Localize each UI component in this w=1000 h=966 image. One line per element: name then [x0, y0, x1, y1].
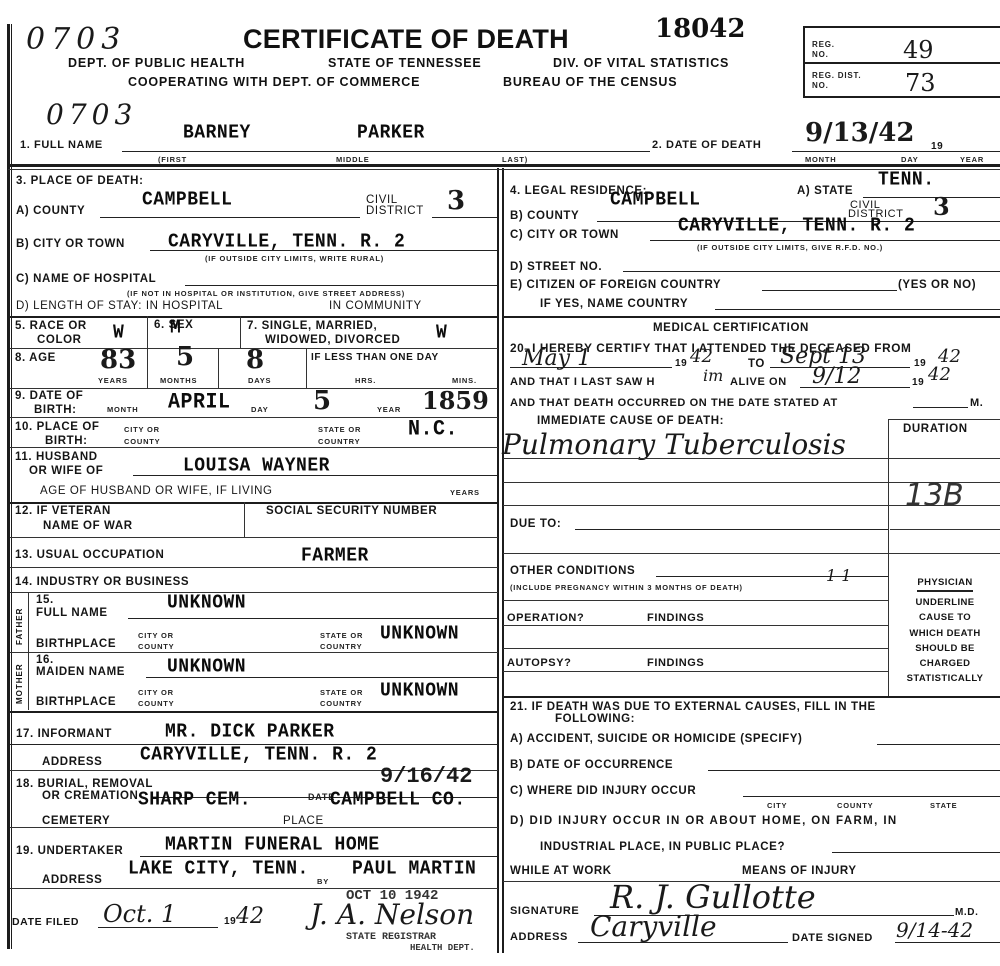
full-name-last: PARKER	[357, 122, 425, 144]
file-number-top: 0703	[26, 22, 126, 57]
residence-street-line	[623, 271, 1000, 272]
residence-county-label: B) COUNTY	[510, 210, 579, 222]
place-value: CAMPBELL CO.	[330, 789, 466, 811]
residence-city-line	[650, 240, 1000, 241]
autopsy-label: AUTOPSY?	[507, 657, 572, 669]
to-label: TO	[748, 358, 765, 370]
occurred-line	[913, 407, 968, 408]
residence-city-note: (IF OUTSIDE CITY LIMITS, GIVE R.F.D. NO.…	[697, 243, 883, 252]
autopsy-findings-label: FINDINGS	[647, 657, 704, 669]
mother-num: 16.	[36, 654, 54, 666]
burial-label: 18. BURIAL, REMOVALOR CREMATION	[16, 778, 153, 802]
cause-line-7	[503, 648, 889, 649]
father-name-line	[128, 618, 497, 619]
date-of-death-value: 9/13/42	[805, 118, 914, 148]
date-signed-line	[895, 942, 1000, 943]
sub-first: (FIRST	[158, 155, 187, 164]
informant-address-value: CARYVILLE, TENN. R. 2	[140, 744, 377, 766]
injury-county-sub: COUNTY	[837, 801, 873, 810]
years-label: YEARS	[98, 376, 128, 385]
div-vital-statistics: DIV. OF VITAL STATISTICS	[553, 56, 729, 70]
signature-address-label: ADDRESS	[510, 931, 568, 943]
cause-line-1	[503, 458, 1000, 459]
father-name-value: UNKNOWN	[167, 592, 246, 614]
residence-state-value: TENN.	[878, 169, 935, 191]
father-city-label: CITY ORCOUNTY	[138, 630, 174, 652]
signature-address-value: Caryville	[590, 910, 717, 943]
file-number-second: 0703	[46, 98, 137, 131]
occurrence-date-line	[708, 770, 1000, 771]
rule-after-10	[10, 447, 498, 448]
last-saw-label: AND THAT I LAST SAW H	[510, 376, 655, 388]
city-note: (IF OUTSIDE CITY LIMITS, WRITE RURAL)	[205, 254, 384, 263]
district-line	[432, 217, 497, 218]
dob-month-label: MONTH	[107, 405, 139, 414]
accident-line	[877, 744, 1000, 745]
cooperating-text: COOPERATING WITH DEPT. OF COMMERCE	[128, 75, 420, 89]
alive-on-label: ALIVE ON	[730, 376, 787, 388]
due-to-line	[575, 529, 888, 530]
age-label: 8. AGE	[15, 352, 56, 364]
spouse-age-label: AGE OF HUSBAND OR WIFE, IF LIVING	[40, 485, 273, 497]
hospital-label: C) NAME OF HOSPITAL	[16, 273, 156, 285]
hospital-line	[185, 285, 497, 286]
date-filed-year: 42	[236, 904, 264, 929]
occupation-value: FARMER	[301, 545, 369, 567]
place-of-birth-label: 10. PLACE OFBIRTH:	[15, 420, 100, 448]
pob-city-label: CITY ORCOUNTY	[124, 424, 160, 448]
length-of-stay-label: D) LENGTH OF STAY: IN HOSPITAL	[16, 300, 223, 312]
father-side-label: FATHER	[15, 608, 24, 645]
date-filed-value: Oct. 1	[103, 900, 176, 928]
mother-side-label: MOTHER	[15, 663, 24, 704]
spouse-years-label: YEARS	[450, 488, 480, 497]
age-years: 83	[100, 345, 136, 375]
reg-dist-label: REG. DIST.NO.	[812, 71, 861, 91]
country-label: IF YES, NAME COUNTRY	[540, 298, 688, 310]
injury-place-line	[832, 852, 1000, 853]
sub-day: DAY	[901, 155, 919, 164]
cause-label: IMMEDIATE CAUSE OF DEATH:	[537, 415, 724, 427]
father-state-label: STATE ORCOUNTRY	[320, 630, 363, 652]
ssn-label: SOCIAL SECURITY NUMBER	[266, 505, 437, 517]
page-title: CERTIFICATE OF DEATH	[243, 24, 569, 55]
other-conditions-mark: 1 1	[826, 566, 851, 585]
age-days: 8	[246, 345, 264, 375]
rule-after-medical	[503, 696, 1000, 698]
undertaker-address-label: ADDRESS	[42, 874, 102, 886]
undertaker-by-value: PAUL MARTIN	[352, 858, 476, 880]
less-than-day-label: IF LESS THAN ONE DAY	[311, 352, 439, 363]
physician-note-title: PHYSICIAN	[917, 576, 972, 592]
date-of-death-19: 19	[931, 141, 943, 152]
cemetery-label: CEMETERY	[42, 815, 110, 827]
reg-no-value: 49	[903, 36, 934, 64]
attended-from-value: May 1	[522, 346, 591, 371]
health-dept-label: HEALTH DEPT.	[410, 943, 475, 953]
left-border-inner	[11, 24, 12, 949]
marital-label: 7. SINGLE, MARRIED,WIDOWED, DIVORCED	[247, 319, 400, 347]
days-label: DAYS	[248, 376, 271, 385]
dob-month-value: APRIL	[168, 390, 231, 415]
hospital-note: (IF NOT IN HOSPITAL OR INSTITUTION, GIVE…	[127, 289, 405, 298]
occurred-label: AND THAT DEATH OCCURRED ON THE DATE STAT…	[510, 397, 838, 409]
duration-divider	[888, 420, 889, 697]
injury-state-sub: STATE	[930, 801, 957, 810]
signature-label: SIGNATURE	[510, 905, 579, 917]
residence-city-value: CARYVILLE, TENN. R. 2	[678, 215, 915, 237]
citizen-line	[762, 290, 897, 291]
date-filed-label: DATE FILED	[12, 916, 79, 928]
last-saw-value: 9/12	[812, 364, 861, 389]
attended-from-year: 42	[690, 346, 713, 367]
registrar-signature: J. A. Nelson	[310, 898, 474, 931]
burial-date-value: 9/16/42	[380, 764, 472, 789]
date-of-death-line	[792, 151, 1000, 152]
county-label: A) COUNTY	[16, 205, 85, 217]
external-causes-label: 21. IF DEATH WAS DUE TO EXTERNAL CAUSES,…	[510, 701, 876, 725]
country-line	[715, 309, 1000, 310]
citizen-label: E) CITIZEN OF FOREIGN COUNTRY	[510, 279, 721, 291]
undertaker-line	[140, 856, 497, 857]
veteran-label: 12. IF VETERANNAME OF WAR	[15, 504, 133, 534]
divider-veteran-ssn	[244, 502, 245, 537]
dob-year-label: YEAR	[377, 405, 401, 414]
date-signed-label: DATE SIGNED	[792, 932, 873, 944]
months-label: MONTHS	[160, 376, 197, 385]
divider-6-7	[240, 316, 241, 348]
date-signed-value: 9/14-42	[896, 918, 973, 942]
father-name-label: FULL NAME	[36, 607, 108, 619]
father-num: 15.	[36, 594, 54, 606]
full-name-line	[122, 151, 650, 152]
operation-line	[503, 625, 889, 626]
left-border	[7, 24, 10, 949]
race-label: 5. RACE ORCOLOR	[15, 319, 87, 347]
other-conditions-line	[656, 576, 888, 577]
rule-after-14	[10, 592, 498, 593]
mother-city-label: CITY ORCOUNTY	[138, 687, 174, 709]
age-months: 5	[176, 342, 194, 372]
dob-day-value: 5	[313, 386, 331, 416]
registrar-title: STATE REGISTRAR	[346, 932, 436, 943]
header-bottom-rule	[8, 164, 1000, 167]
regbox-divider	[803, 62, 1000, 64]
district-value: 3	[447, 186, 465, 216]
residence-city-label: C) CITY OR TOWN	[510, 229, 619, 241]
nineteen-3: 19	[912, 377, 924, 388]
mother-birthplace-label: BIRTHPLACE	[36, 696, 116, 708]
nineteen-2: 19	[914, 358, 926, 369]
state-of-tennessee: STATE OF TENNESSEE	[328, 56, 482, 70]
physician-note: PHYSICIAN UNDERLINE CAUSE TO WHICH DEATH…	[890, 574, 1000, 685]
residence-street-label: D) STREET NO.	[510, 261, 602, 273]
rule-after-12	[10, 537, 498, 538]
divider-5-6	[147, 316, 148, 388]
full-name-label: 1. FULL NAME	[20, 139, 103, 151]
certificate-number: 18042	[655, 14, 745, 44]
length-of-stay-community: IN COMMUNITY	[329, 300, 422, 312]
hrs-label: HRS.	[355, 376, 376, 385]
injury-where-label: C) WHERE DID INJURY OCCUR	[510, 785, 696, 797]
nineteen-1: 19	[675, 358, 687, 369]
pob-state-label: STATE ORCOUNTRY	[318, 424, 361, 448]
citizen-note: (YES OR NO)	[898, 279, 976, 291]
informant-value: MR. DICK PARKER	[165, 721, 335, 743]
injury-place-label-2: INDUSTRIAL PLACE, IN PUBLIC PLACE?	[540, 841, 785, 853]
informant-label: 17. INFORMANT	[16, 728, 112, 740]
rule-after-3	[10, 316, 498, 318]
dob-label: 9. DATE OFBIRTH:	[15, 389, 83, 417]
cause-line-4	[890, 529, 1000, 530]
sub-year: YEAR	[960, 155, 984, 164]
means-of-injury-label: MEANS OF INJURY	[742, 865, 857, 877]
city-label: B) CITY OR TOWN	[16, 238, 125, 250]
injury-city-sub: CITY	[767, 801, 787, 810]
pronoun-value: im	[703, 366, 723, 385]
dob-year-value: 1859	[422, 386, 489, 415]
parent-side-divider	[28, 592, 29, 710]
undertaker-value: MARTIN FUNERAL HOME	[165, 834, 380, 856]
accident-label: A) ACCIDENT, SUICIDE OR HOMICIDE (SPECIF…	[510, 733, 802, 745]
reg-dist-value: 73	[905, 69, 936, 97]
divider-months-days	[218, 348, 219, 388]
cause-line-6	[503, 600, 889, 601]
rule-after-13	[10, 567, 498, 568]
reg-no-label: REG.NO.	[812, 40, 835, 60]
occupation-label: 13. USUAL OCCUPATION	[15, 549, 164, 561]
city-value: CARYVILLE, TENN. R. 2	[168, 231, 405, 253]
injury-place-label-1: D) DID INJURY OCCUR IN OR ABOUT HOME, ON…	[510, 815, 898, 827]
medical-heading: MEDICAL CERTIFICATION	[653, 322, 809, 334]
informant-address-label: ADDRESS	[42, 756, 102, 768]
sub-last: LAST)	[502, 155, 528, 164]
rule-after-4	[503, 316, 1000, 318]
dept-public-health: DEPT. OF PUBLIC HEALTH	[68, 56, 245, 70]
due-to-label: DUE TO:	[510, 518, 561, 530]
duration-top	[888, 419, 1000, 420]
classification-code: 13B	[905, 478, 964, 513]
spouse-value: LOUISA WAYNER	[183, 455, 330, 477]
center-divider	[497, 168, 499, 953]
father-state-value: UNKNOWN	[380, 623, 459, 645]
cemetery-value: SHARP CEM.	[138, 789, 251, 811]
mother-state-value: UNKNOWN	[380, 680, 459, 702]
center-divider-inner	[502, 168, 504, 953]
race-value: W	[113, 322, 124, 344]
residence-county-value: CAMPBELL	[610, 189, 700, 211]
md-label: M.D.	[955, 907, 979, 918]
county-value: CAMPBELL	[142, 189, 232, 211]
residence-state-line	[863, 197, 1000, 198]
date-of-death-label: 2. DATE OF DEATH	[652, 139, 761, 151]
autopsy-line	[503, 671, 889, 672]
sub-month: MONTH	[805, 155, 837, 164]
undertaker-by-label: BY	[317, 877, 329, 886]
operation-label: OPERATION?	[507, 612, 584, 624]
bureau-census: BUREAU OF THE CENSUS	[503, 75, 677, 89]
residence-state-label: A) STATE	[797, 185, 853, 197]
industry-label: 14. INDUSTRY OR BUSINESS	[15, 576, 189, 588]
undertaker-label: 19. UNDERTAKER	[16, 845, 123, 857]
cause-value: Pulmonary Tuberculosis	[502, 428, 846, 461]
mother-name-value: UNKNOWN	[167, 656, 246, 678]
marital-value: W	[436, 322, 447, 344]
rule-after-15	[10, 652, 498, 653]
father-birthplace-label: BIRTHPLACE	[36, 638, 116, 650]
rule-after-18	[10, 827, 498, 828]
injury-where-line	[743, 796, 1000, 797]
last-saw-year: 42	[928, 364, 951, 385]
full-name-first: BARNEY	[183, 122, 251, 144]
operation-findings-label: FINDINGS	[647, 612, 704, 624]
dob-day-label: DAY	[251, 405, 269, 414]
rule-after-16	[10, 711, 498, 713]
sub-middle: MIDDLE	[336, 155, 370, 164]
occurrence-date-label: B) DATE OF OCCURRENCE	[510, 759, 673, 771]
date-filed-19: 19	[224, 916, 236, 927]
duration-label: DURATION	[903, 423, 968, 435]
mother-state-label: STATE ORCOUNTRY	[320, 687, 363, 709]
mother-name-label: MAIDEN NAME	[36, 666, 125, 678]
other-conditions-note: (INCLUDE PREGNANCY WITHIN 3 MONTHS OF DE…	[510, 583, 743, 592]
header-bottom-rule-2	[8, 169, 1000, 170]
mins-label: MINS.	[452, 376, 477, 385]
while-at-work-label: WHILE AT WORK	[510, 865, 612, 877]
county-line	[100, 217, 360, 218]
undertaker-address-value: LAKE CITY, TENN.	[128, 858, 309, 880]
district-label: DISTRICT	[366, 205, 424, 217]
divider-days-hrs	[306, 348, 307, 388]
cause-line-3	[503, 505, 1000, 506]
place-of-death-label: 3. PLACE OF DEATH:	[16, 175, 144, 187]
cause-line-5	[503, 553, 1000, 554]
pob-state-value: N.C.	[408, 417, 458, 442]
spouse-label: 11. HUSBANDOR WIFE OF	[15, 450, 103, 478]
sex-value: M	[170, 317, 181, 339]
residence-district-value: 3	[933, 192, 950, 221]
place-label: PLACE	[283, 815, 324, 827]
other-conditions-label: OTHER CONDITIONS	[510, 565, 635, 577]
m-label: M.	[970, 397, 983, 409]
